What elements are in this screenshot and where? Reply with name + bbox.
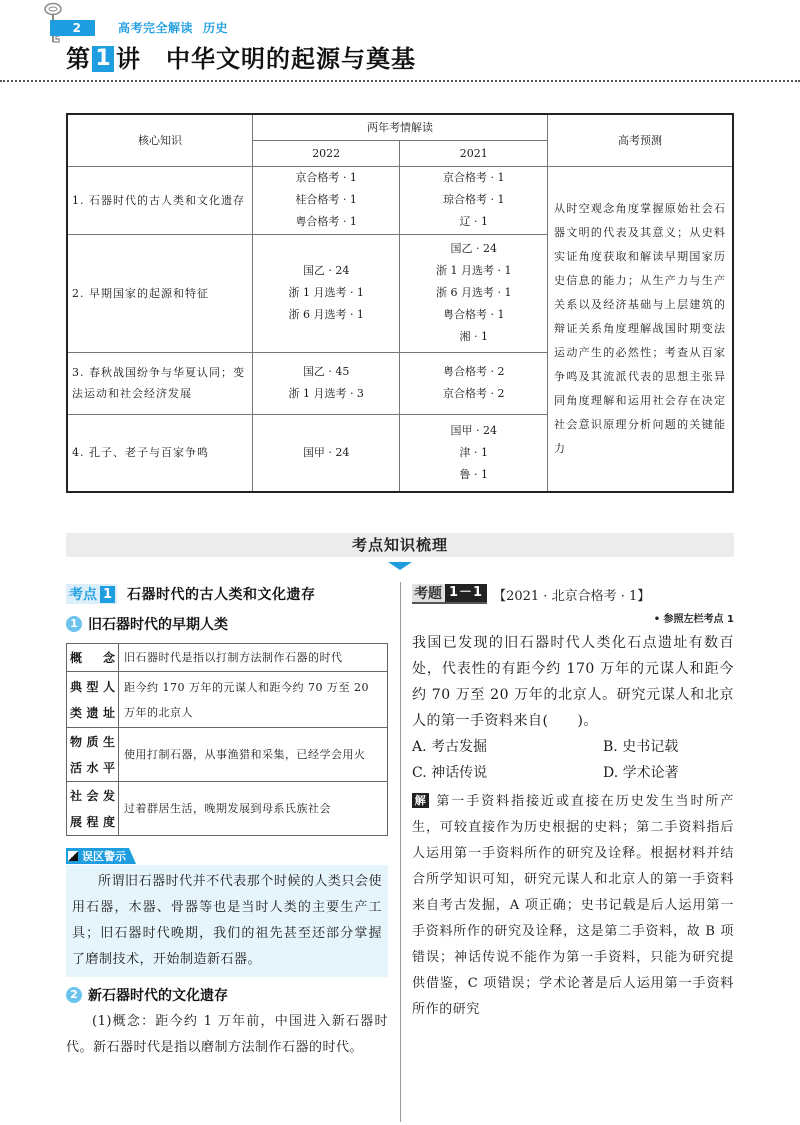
lecture-title: 第 1 讲 中华文明的起源与奠基 — [66, 44, 416, 74]
page-header: 2 高考完全解读历史 第 1 讲 中华文明的起源与奠基 — [0, 0, 800, 82]
exam-item: 国乙 · 24 — [400, 238, 547, 260]
lecture-prefix: 第 — [66, 44, 90, 74]
core-knowledge-cell: 1. 石器时代的古人类和文化遗存 — [67, 166, 252, 234]
lecture-number: 1 — [92, 46, 114, 72]
analysis-icon: 解 — [412, 793, 429, 808]
subsection-title: 新石器时代的文化遗存 — [88, 985, 228, 1005]
column-divider — [400, 582, 401, 1122]
exam-item: 京合格考 · 1 — [400, 167, 547, 189]
header-divider — [0, 80, 800, 82]
exam-item: 浙 6 月选考 · 1 — [253, 304, 400, 326]
exam-2021-cell: 国甲 · 24 津 · 1 鲁 · 1 — [400, 414, 548, 492]
neolithic-text: (1)概念：距今约 1 万年前，中国进入新石器时代。新石器时代是指以磨制方法制作… — [66, 1009, 388, 1061]
subsection-title: 旧石器时代的早期人类 — [88, 614, 228, 634]
row-value: 过着群居生活，晚期发展到母系氏族社会 — [119, 782, 388, 836]
page-number: 2 — [50, 20, 95, 36]
exam-item: 京合格考 · 2 — [400, 383, 547, 405]
core-knowledge-cell: 3. 春秋战国纷争与华夏认同；变法运动和社会经济发展 — [67, 352, 252, 414]
answer-options: A. 考古发掘 B. 史书记载 C. 神话传说 D. 学术论著 — [412, 734, 734, 786]
header-two-year: 两年考情解读 — [252, 114, 547, 140]
analysis-text: 第一手资料指接近或直接在历史发生当时所产生，可较直接作为历史根据的史料；第二手资… — [412, 794, 734, 1017]
paleolithic-table: 概念 旧石器时代是指以打制方法制作石器的时代 典型人类遗址 距今约 170 万年… — [66, 643, 388, 836]
exam-item: 辽 · 1 — [400, 211, 547, 233]
row-label: 概念 — [67, 644, 119, 672]
warning-text: 所谓旧石器时代并不代表那个时候的人类只会使用石器，木器、骨器等也是当时人类的主要… — [72, 869, 382, 973]
exam-item: 津 · 1 — [400, 442, 547, 464]
down-arrow-icon — [388, 562, 412, 570]
circled-number-icon: 1 — [66, 616, 82, 632]
header-year-2021: 2021 — [400, 140, 548, 166]
triangle-icon — [68, 851, 78, 861]
lecture-name: 中华文明的起源与奠基 — [166, 44, 416, 74]
warning-box: 所谓旧石器时代并不代表那个时候的人类只会使用石器，木器、骨器等也是当时人类的主要… — [66, 865, 388, 977]
exam-item: 琼合格考 · 1 — [400, 189, 547, 211]
exam-item: 京合格考 · 1 — [253, 167, 400, 189]
core-knowledge-cell: 4. 孔子、老子与百家争鸣 — [67, 414, 252, 492]
subsection-heading: 2 新石器时代的文化遗存 — [66, 983, 388, 1007]
kaodian-number: 1 — [100, 586, 115, 603]
exam-2021-cell: 京合格考 · 1 琼合格考 · 1 辽 · 1 — [400, 166, 548, 234]
row-label: 社会发展程度 — [67, 782, 119, 836]
row-label: 典型人类遗址 — [67, 672, 119, 728]
question-tag: 考题 1－1 — [412, 584, 487, 604]
left-column: 考点 1 石器时代的古人类和文化遗存 1 旧石器时代的早期人类 概念 旧石器时代… — [66, 582, 388, 1061]
exam-item: 粤合格考 · 1 — [400, 304, 547, 326]
row-value: 距今约 170 万年的元谋人和距今约 70 万至 20 万年的北京人 — [119, 672, 388, 728]
option-b[interactable]: B. 史书记载 — [573, 734, 734, 760]
exam-item: 国乙 · 45 — [253, 361, 400, 383]
warning-callout: 误区警示 所谓旧石器时代并不代表那个时候的人类只会使用石器，木器、骨器等也是当时… — [66, 846, 388, 977]
table-row: 概念 旧石器时代是指以打制方法制作石器的时代 — [67, 644, 388, 672]
exam-2022-cell: 国乙 · 24 浙 1 月选考 · 1 浙 6 月选考 · 1 — [252, 234, 400, 352]
warning-label: 误区警示 — [82, 848, 126, 864]
analysis-block: 解第一手资料指接近或直接在历史发生当时所产生，可较直接作为历史根据的史料；第二手… — [412, 789, 734, 1023]
question-heading: 考题 1－1 【2021 · 北京合格考 · 1】 — [412, 582, 734, 606]
book-title: 高考完全解读历史 — [118, 20, 238, 36]
kaodian-tag: 考点 1 — [66, 584, 117, 604]
option-c[interactable]: C. 神话传说 — [412, 760, 573, 786]
reference-note: • 参照左栏考点 1 — [412, 612, 734, 628]
kaodian-heading: 考点 1 石器时代的古人类和文化遗存 — [66, 582, 388, 606]
exam-item: 浙 6 月选考 · 1 — [400, 282, 547, 304]
row-label: 物质生活水平 — [67, 728, 119, 782]
exam-item: 国甲 · 24 — [400, 420, 547, 442]
exam-2022-cell: 国甲 · 24 — [252, 414, 400, 492]
subject-label: 历史 — [203, 21, 228, 35]
circled-number-icon: 2 — [66, 987, 82, 1003]
exam-2022-cell: 京合格考 · 1 桂合格考 · 1 粤合格考 · 1 — [252, 166, 400, 234]
subsection-heading: 1 旧石器时代的早期人类 — [66, 612, 388, 636]
question-label: 考题 — [414, 583, 442, 603]
exam-overview-table: 核心知识 两年考情解读 高考预测 2022 2021 1. 石器时代的古人类和文… — [66, 113, 734, 493]
exam-item: 粤合格考 · 1 — [253, 211, 400, 233]
lecture-suffix: 讲 — [116, 44, 140, 74]
exam-item: 鲁 · 1 — [400, 464, 547, 486]
right-column: 考题 1－1 【2021 · 北京合格考 · 1】 • 参照左栏考点 1 我国已… — [412, 582, 734, 1023]
prediction-cell: 从时空观念角度掌握原始社会石器文明的代表及其意义；从史料实证角度获取和解读早期国… — [548, 166, 733, 492]
exam-item: 浙 1 月选考 · 3 — [253, 383, 400, 405]
row-value: 旧石器时代是指以打制方法制作石器的时代 — [119, 644, 388, 672]
question-source: 【2021 · 北京合格考 · 1】 — [493, 585, 650, 604]
exam-item: 国乙 · 24 — [253, 260, 400, 282]
header-prediction: 高考预测 — [548, 114, 733, 166]
kaodian-label: 考点 — [69, 584, 97, 604]
option-d[interactable]: D. 学术论著 — [573, 760, 734, 786]
exam-item: 桂合格考 · 1 — [253, 189, 400, 211]
header-year-2022: 2022 — [252, 140, 400, 166]
row-value: 使用打制石器，从事渔猎和采集，已经学会用火 — [119, 728, 388, 782]
table-row: 1. 石器时代的古人类和文化遗存 京合格考 · 1 桂合格考 · 1 粤合格考 … — [67, 166, 733, 234]
exam-item: 浙 1 月选考 · 1 — [253, 282, 400, 304]
core-knowledge-cell: 2. 早期国家的起源和特征 — [67, 234, 252, 352]
exam-item: 国甲 · 24 — [253, 442, 400, 464]
option-a[interactable]: A. 考古发掘 — [412, 734, 573, 760]
exam-item: 粤合格考 · 2 — [400, 361, 547, 383]
question-number: 1－1 — [445, 584, 487, 602]
warning-tag: 误区警示 — [66, 848, 136, 864]
exam-item: 湘 · 1 — [400, 326, 547, 348]
section-banner: 考点知识梳理 — [66, 533, 734, 557]
exam-item: 浙 1 月选考 · 1 — [400, 260, 547, 282]
table-row: 社会发展程度 过着群居生活，晚期发展到母系氏族社会 — [67, 782, 388, 836]
exam-2021-cell: 粤合格考 · 2 京合格考 · 2 — [400, 352, 548, 414]
kaodian-title: 石器时代的古人类和文化遗存 — [127, 584, 316, 604]
exam-2022-cell: 国乙 · 45 浙 1 月选考 · 3 — [252, 352, 400, 414]
header-core-knowledge: 核心知识 — [67, 114, 252, 166]
table-row: 物质生活水平 使用打制石器，从事渔猎和采集，已经学会用火 — [67, 728, 388, 782]
question-stem: 我国已发现的旧石器时代人类化石点遗址有数百处，代表性的有距今约 170 万年的元… — [412, 630, 734, 734]
table-row: 典型人类遗址 距今约 170 万年的元谋人和距今约 70 万至 20 万年的北京… — [67, 672, 388, 728]
exam-2021-cell: 国乙 · 24 浙 1 月选考 · 1 浙 6 月选考 · 1 粤合格考 · 1… — [400, 234, 548, 352]
book-title-text: 高考完全解读 — [118, 21, 193, 35]
neolithic-body: (1)概念：距今约 1 万年前，中国进入新石器时代。新石器时代是指以磨制方法制作… — [66, 1009, 388, 1061]
